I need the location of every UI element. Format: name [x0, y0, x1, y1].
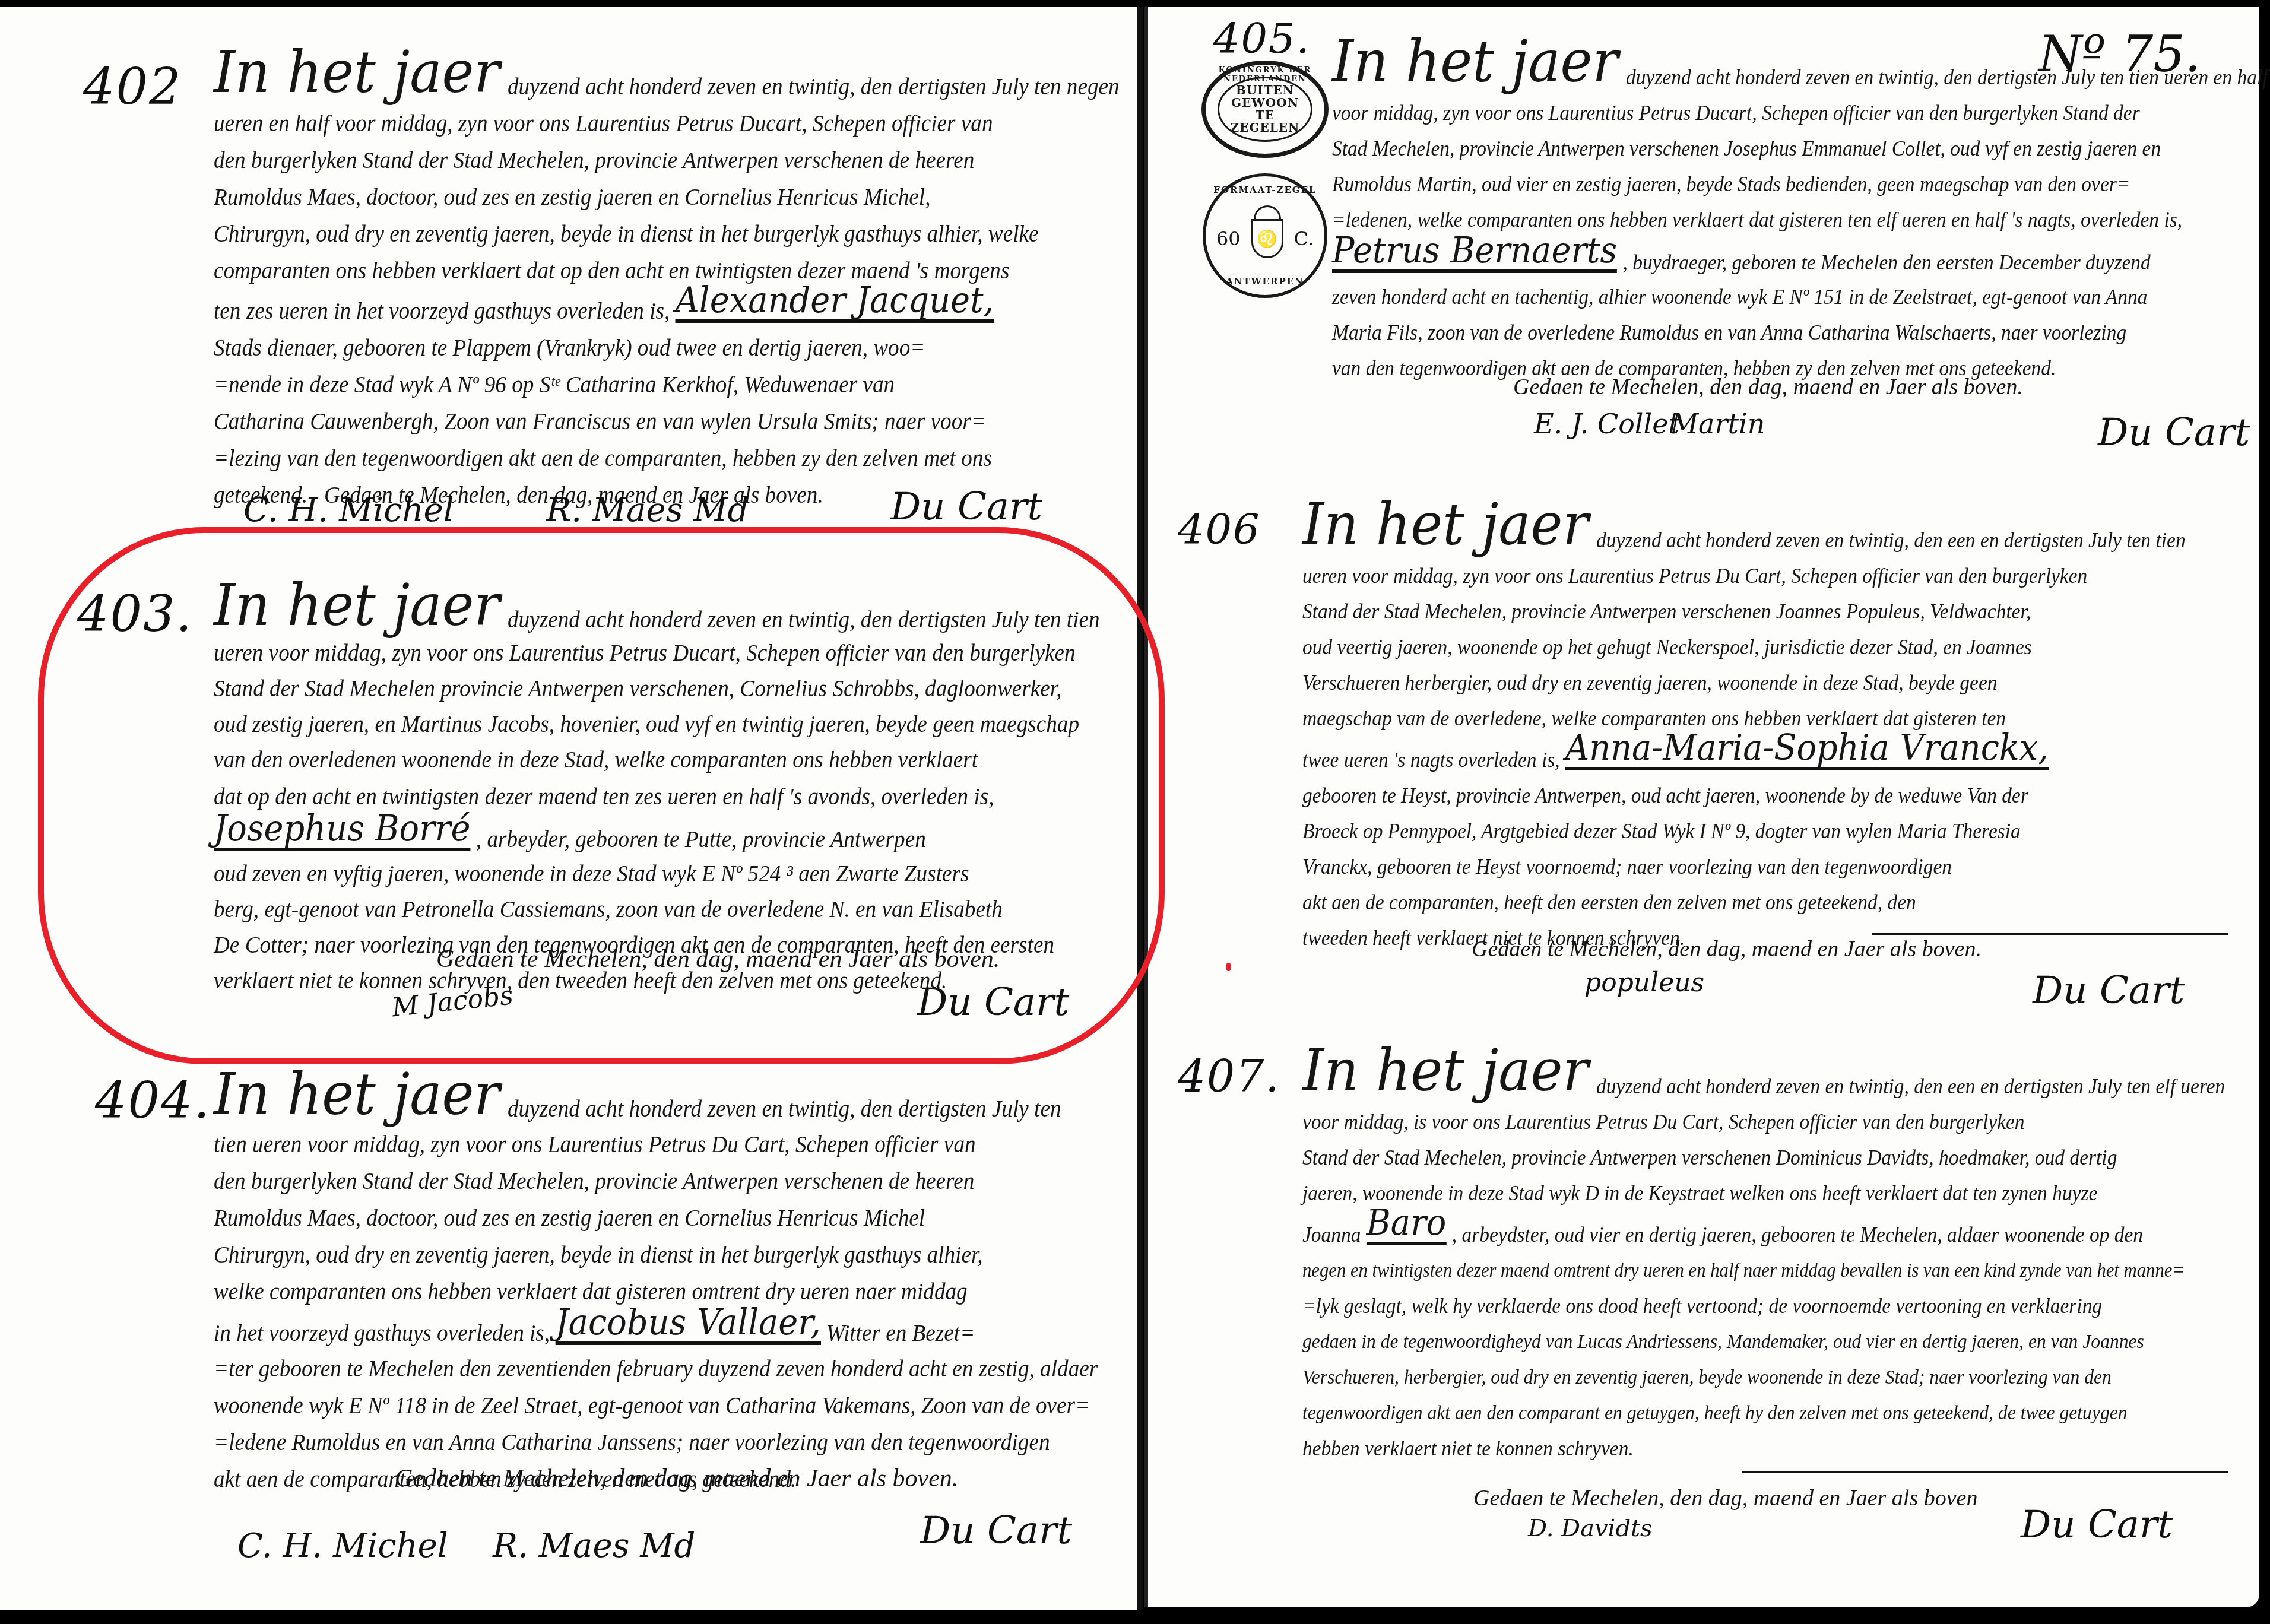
deceased-name: Josephus Borré	[214, 811, 471, 851]
entry-line: Chirurgyn, oud dry en zeventig jaeren, b…	[214, 222, 1039, 246]
entry-number: 403.	[77, 589, 193, 639]
entry-number: 405.	[1213, 18, 1311, 59]
register-entry-403: 403. In het jaer duyzend acht honderd ze…	[0, 559, 1134, 1052]
entry-line: Rumoldus Maes, doctoor, oud zes en zesti…	[214, 185, 930, 209]
entry-line: duyzend acht honderd zeven en twintig, d…	[1596, 1076, 2225, 1097]
entry-line: Maria Fils, zoon van de overledene Rumol…	[1332, 322, 2126, 343]
signature-declarant: D. Davidts	[1528, 1515, 1653, 1542]
register-entry-405: 405. In het jaer duyzend acht honderd ze…	[1148, 7, 2258, 476]
entry-line: Stand der Stad Mechelen, provincie Antwe…	[1302, 601, 2031, 622]
entry-line: hebben verklaert niet te konnen schryven…	[1302, 1438, 1634, 1459]
entry-line: Vranckx, gebooren te Heyst voornoemd; na…	[1302, 856, 1952, 877]
register-entry-404: 404. In het jaer duyzend acht honderd ze…	[0, 1070, 1134, 1610]
entry-line: gedaen in de tegenwoordigheyd van Lucas …	[1302, 1332, 2144, 1352]
entry-line: twee ueren 's nagts overleden is,	[1302, 749, 1560, 770]
entry-line: Rumoldus Martin, oud vier en zestig jaer…	[1332, 173, 2130, 195]
deceased-name: Baro	[1367, 1205, 1447, 1245]
entry-line: =ledene Rumoldus en van Anna Catharina J…	[214, 1430, 1050, 1454]
entry-line: oud veertig jaeren, woonende op het gehu…	[1302, 636, 2032, 658]
signature-officer: Du Cart	[2033, 969, 2185, 1013]
entry-line: akt aen de comparanten, heeft den eerste…	[1302, 892, 1916, 913]
entry-line: ueren voor middag, zyn voor ons Laurenti…	[1302, 565, 2087, 586]
entry-line: in het voorzeyd gasthuys overleden is,	[214, 1321, 550, 1345]
entry-number: 406	[1178, 509, 1261, 550]
entry-lead: In het jaer	[1332, 36, 1618, 88]
entry-line: duyzend acht honderd zeven en twintig, d…	[1626, 66, 2268, 88]
deceased-occupation: , arbeydster, oud vier en dertig jaeren,…	[1452, 1224, 2143, 1245]
entry-line: voor middag, zyn voor ons Laurentius Pet…	[1332, 102, 2140, 123]
entry-line: Stad Mechelen, provincie Antwerpen versc…	[1332, 138, 2161, 159]
entry-line: tegenwoordigen akt aen den comparant en …	[1302, 1403, 2128, 1423]
entry-line: duyzend acht honderd zeven en twintig, d…	[1596, 529, 2186, 551]
entry-lead: In het jaer	[214, 1068, 500, 1121]
entry-line: Chirurgyn, oud dry en zeventig jaeren, b…	[214, 1243, 983, 1267]
closing-formula: Gedaen te Mechelen, den dag, maend en Ja…	[436, 945, 1000, 973]
coat-of-arms-icon: ♌	[1251, 219, 1283, 258]
entry-lead: In het jaer	[214, 46, 500, 99]
entry-lead: In het jaer	[1302, 499, 1589, 551]
entry-line: duyzend acht honderd zeven en twintig, d…	[508, 608, 1100, 632]
entry-number: 402	[83, 62, 182, 112]
signature-officer: Du Cart	[890, 485, 1042, 529]
entry-number: 407.	[1178, 1055, 1280, 1099]
signature-witness-1: C. H. Michel	[243, 491, 454, 529]
entry-line: Verschueren, herbergier, oud dry en zeve…	[1302, 1368, 2112, 1388]
entry-line: negen en twintigsten dezer maend omtrent…	[1302, 1261, 2185, 1281]
signature-officer: Du Cart	[2098, 411, 2250, 455]
closing-formula: Gedaen te Mechelen, den dag, maend en Ja…	[1473, 1485, 1977, 1511]
entry-line: , arbeyder, gebooren te Putte, provincie…	[476, 827, 926, 851]
entry-line: , buydraeger, geboren te Mechelen den ee…	[1622, 252, 2150, 273]
entry-line: van den overledenen woonende in deze Sta…	[214, 748, 978, 772]
entry-line: Verschueren herbergier, oud dry en zeven…	[1302, 672, 1998, 693]
entry-line: =ter gebooren te Mechelen den zeventiend…	[214, 1357, 1098, 1381]
signature-witness-2: Martin	[1670, 408, 1765, 440]
entry-line: =nende in deze Stad wyk A Nº 96 op Sᵗᵉ C…	[214, 373, 895, 397]
stamp-value: 60	[1216, 227, 1241, 250]
entry-line: zeven honderd acht en tachentig, alhier …	[1332, 286, 2147, 307]
stamp-unit: C.	[1294, 227, 1314, 250]
register-entry-406: 406 In het jaer duyzend acht honderd zev…	[1148, 482, 2258, 1010]
entry-line: berg, egt-genoot van Petronella Cassiema…	[214, 897, 1003, 921]
entry-line: =ledenen, welke comparanten ons hebben v…	[1332, 209, 2182, 230]
entry-line: dat op den acht en twintigsten dezer mae…	[214, 785, 994, 808]
signature-witness-2: R. Maes Md	[493, 1527, 695, 1565]
stamp-text: GEWOON	[1231, 97, 1299, 109]
entry-line: oud zestig jaeren, en Martinus Jacobs, h…	[214, 712, 1079, 736]
entry-line: ueren en half voor middag, zyn voor ons …	[214, 112, 993, 135]
entry-line: Broeck op Pennypoel, Argtgebied dezer St…	[1302, 820, 2021, 842]
stamp-text: ZEGELEN	[1231, 122, 1300, 134]
closing-formula: Gedaen te Mechelen, den dag, maend en Ja…	[1472, 936, 1982, 962]
register-entry-407: 407. In het jaer duyzend acht honderd ze…	[1148, 1028, 2258, 1610]
deceased-name: Jacobus Vallaer,	[555, 1305, 820, 1345]
entry-line: Stand der Stad Mechelen provincie Antwer…	[214, 677, 1061, 700]
entry-line: duyzend acht honderd zeven en twintig, d…	[508, 75, 1120, 99]
signature-witness-1: E. J. Collet	[1534, 408, 1679, 440]
entry-line: Stand der Stad Mechelen, provincie Antwe…	[1302, 1147, 2117, 1168]
entry-line: duyzend acht honderd zeven en twintig, d…	[508, 1097, 1061, 1121]
entry-line: den burgerlyken Stand der Stad Mechelen,…	[214, 1169, 974, 1193]
entry-line: welke comparanten ons hebben verklaert d…	[214, 1280, 968, 1303]
entry-line: Catharina Cauwenbergh, Zoon van Francisc…	[214, 410, 986, 433]
line-filler	[1872, 933, 2228, 935]
right-page: Nº 75. KONINGRYK DER NEDERLANDEN BUITEN …	[1144, 7, 2259, 1607]
signature-witness: populeus	[1584, 968, 1704, 998]
entry-line: ueren voor middag, zyn voor ons Laurenti…	[214, 641, 1076, 665]
entry-lead: In het jaer	[214, 579, 500, 632]
deceased-occupation: Witter en Bezet=	[826, 1321, 975, 1345]
entry-line: Rumoldus Maes, doctoor, oud zes en zesti…	[214, 1206, 925, 1230]
entry-line: Stads dienaer, gebooren te Plappem (Vran…	[214, 336, 925, 360]
signature-witness-2: R. Maes Md	[546, 491, 749, 529]
closing-formula: Gedaen te Mechelen, den dag, maend en Ja…	[1513, 374, 2023, 400]
line-filler	[1742, 1471, 2228, 1473]
entry-line: jaeren, woonende in deze Stad wyk D in d…	[1302, 1182, 2097, 1204]
entry-line: =lyk geslagt, welk hy verklaerde ons doo…	[1302, 1295, 2102, 1317]
entry-line: maegschap van de overledene, welke compa…	[1302, 708, 2006, 729]
entry-number: 404.	[95, 1076, 211, 1125]
entry-line: oud zeven en vyftig jaeren, woonende in …	[214, 862, 969, 886]
entry-line: woonende wyk E Nº 118 in de Zeel Straet,…	[214, 1394, 1090, 1417]
signature-witness-1: C. H. Michel	[237, 1527, 448, 1565]
entry-line: gebooren te Heyst, provincie Antwerpen, …	[1302, 785, 2028, 806]
closing-formula: Gedaen te Mechelen, den dag, maend en Ja…	[395, 1464, 958, 1493]
entry-lead: In het jaer	[1302, 1045, 1589, 1097]
red-marker-dot	[1226, 963, 1231, 971]
signature-officer: Du Cart	[920, 1509, 1072, 1553]
deceased-name: Alexander Jacquet,	[676, 283, 994, 323]
signature-officer: Du Cart	[917, 981, 1069, 1024]
entry-line: =lezing van den tegenwoordigen akt aen d…	[214, 446, 992, 470]
register-entry-402: 402 In het jaer duyzend acht honderd zev…	[0, 7, 1134, 529]
left-page: 402 In het jaer duyzend acht honderd zev…	[0, 7, 1143, 1610]
entry-line: comparanten ons hebben verklaert dat op …	[214, 259, 1009, 283]
deceased-name: Petrus Bernaerts	[1332, 233, 1617, 273]
stamp-text: BUITEN	[1236, 84, 1294, 97]
signature-officer: Du Cart	[2021, 1503, 2173, 1547]
stamp-text: TE	[1256, 109, 1275, 122]
entry-line: Joanna	[1302, 1224, 1361, 1245]
entry-line: ten zes ueren in het voorzeyd gasthuys o…	[214, 299, 670, 323]
deceased-name: Anna-Maria-Sophia Vranckx,	[1565, 730, 2049, 770]
entry-line: den burgerlyken Stand der Stad Mechelen,…	[214, 148, 974, 172]
entry-line: voor middag, is voor ons Laurentius Petr…	[1302, 1111, 2025, 1133]
entry-line: tien ueren voor middag, zyn voor ons Lau…	[214, 1133, 976, 1156]
